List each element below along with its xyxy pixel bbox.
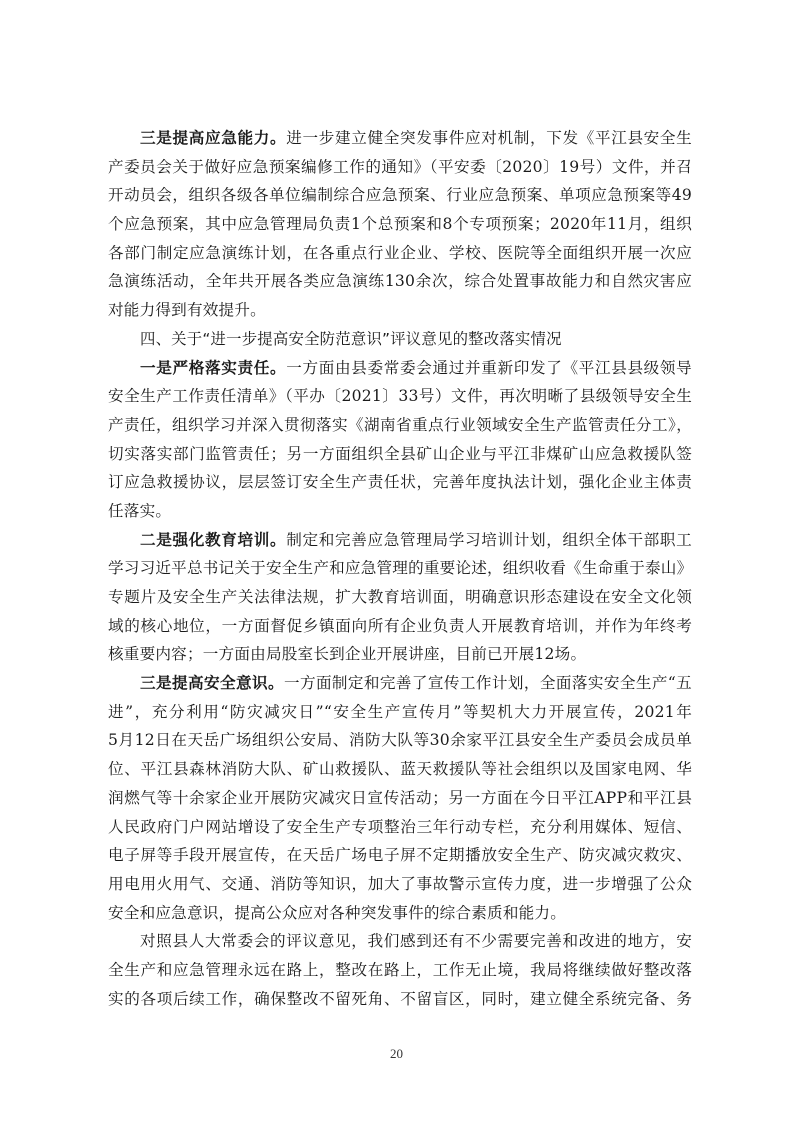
paragraph-lead: 二是强化教育培训。 (140, 530, 286, 549)
paragraph-lead: 一是严格落实责任。 (140, 358, 286, 377)
text-line: 专题片及安全生产关法律法规，扩大教育培训面，明确意识形态建设在安全文化领 (108, 583, 692, 612)
document-page: 三是提高应急能力。进一步建立健全突发事件应对机制，下发《平江县安全生 产委员会关… (0, 0, 793, 1122)
text-line: 各部门制定应急演练计划，在各重点行业企业、学校、医院等全面组织开展一次应 (108, 239, 692, 268)
page-number: 20 (0, 1046, 793, 1062)
text-line: 进”，充分利用“防灾减灾日”“安全生产宣传月”等契机大力开展宣传，2021年 (108, 698, 692, 727)
text-line: 润燃气等十余家企业开展防灾减灾日宣传活动；另一方面在今日平江APP和平江县 (108, 784, 692, 813)
text-line: 产责任，组织学习并深入贯彻落实《湖南省重点行业领域安全生产监管责任分工》， (108, 411, 692, 440)
paragraph-lead: 三是提高安全意识。 (140, 673, 284, 692)
section-heading: 四、关于“进一步提高安全防范意识”评议意见的整改落实情况 (108, 325, 692, 354)
text-line: 5月12日在天岳广场组织公安局、消防大队等30余家平江县安全生产委员会成员单 (108, 726, 692, 755)
text-line: 人民政府门户网站增设了安全生产专项整治三年行动专栏，充分利用媒体、短信、 (108, 813, 692, 842)
text-line: 学习习近平总书记关于安全生产和应急管理的重要论述，组织收看《生命重于泰山》 (108, 554, 692, 583)
text-line: 位、平江县森林消防大队、矿山救援队、蓝天救援队等社会组织以及国家电网、华 (108, 755, 692, 784)
text-line: 订应急救援协议，层层签订安全生产责任状，完善年度执法计划，强化企业主体责 (108, 468, 692, 497)
paragraph-training-line: 二是强化教育培训。制定和完善应急管理局学习培训计划，组织全体干部职工 (108, 526, 692, 555)
text-line: 开动员会，组织各级各单位编制综合应急预案、行业应急预案、单项应急预案等49 (108, 181, 692, 210)
text-line: 个应急预案，其中应急管理局负责1个总预案和8个专项预案；2020年11月，组织 (108, 210, 692, 239)
text-line: 安全和应急意识，提高公众应对各种突发事件的综合素质和能力。 (108, 899, 692, 928)
closing-paragraph-line: 对照县人大常委会的评议意见，我们感到还有不少需要完善和改进的地方，安 (108, 927, 692, 956)
text-line: 安全生产工作责任清单》（平办〔2021〕33号）文件，再次明晰了县级领导安全生 (108, 382, 692, 411)
paragraph-safety-awareness-line: 三是提高安全意识。一方面制定和完善了宣传工作计划，全面落实安全生产“五 (108, 669, 692, 698)
paragraph-responsibility-line: 一是严格落实责任。一方面由县委常委会通过并重新印发了《平江县县级领导 (108, 354, 692, 383)
text-line: 电子屏等手段开展宣传，在天岳广场电子屏不定期播放安全生产、防灾减灾救灾、 (108, 841, 692, 870)
text-line: 核重要内容；一方面由局股室长到企业开展讲座，目前已开展12场。 (108, 640, 692, 669)
text-line: 全生产和应急管理永远在路上，整改在路上，工作无止境，我局将继续做好整改落 (108, 956, 692, 985)
text-line: 域的核心地位，一方面督促乡镇面向所有企业负责人开展教育培训，并作为年终考 (108, 612, 692, 641)
text-line: 急演练活动，全年共开展各类应急演练130余次，综合处置事故能力和自然灾害应 (108, 267, 692, 296)
text-line: 对能力得到有效提升。 (108, 296, 692, 325)
paragraph-lead: 三是提高应急能力。 (140, 128, 286, 147)
text-line: 任落实。 (108, 497, 692, 526)
document-body: 三是提高应急能力。进一步建立健全突发事件应对机制，下发《平江县安全生 产委员会关… (108, 124, 692, 1013)
text-line: 用电用火用气、交通、消防等知识，加大了事故警示宣传力度，进一步增强了公众 (108, 870, 692, 899)
paragraph-emergency-capability-line: 三是提高应急能力。进一步建立健全突发事件应对机制，下发《平江县安全生 (108, 124, 692, 153)
text-line: 产委员会关于做好应急预案编修工作的通知》（平安委〔2020〕19号）文件，并召 (108, 153, 692, 182)
text-line: 实的各项后续工作，确保整改不留死角、不留盲区，同时，建立健全系统完备、务 (108, 985, 692, 1014)
text-line: 切实落实部门监管责任；另一方面组织全县矿山企业与平江非煤矿山应急救援队签 (108, 440, 692, 469)
